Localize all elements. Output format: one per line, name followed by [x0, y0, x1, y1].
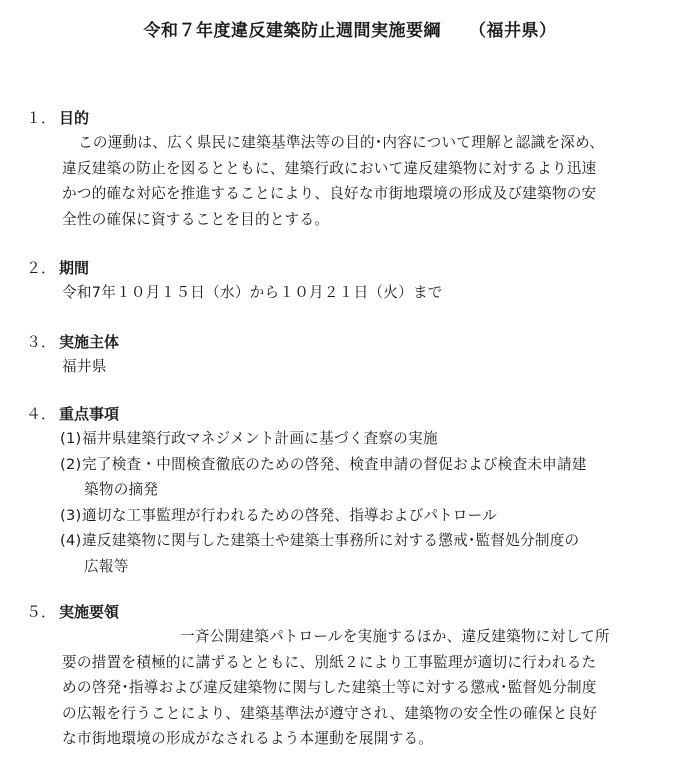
paragraph-line: 一斉公開建築パトロールを実施するほか、違反建築物に対して所 [62, 624, 692, 650]
section-title: 実施主体 [59, 333, 119, 351]
organizer-text: 福井県 [62, 354, 692, 380]
section-title: 実施要領 [59, 603, 119, 621]
paragraph-line: 要の措置を積極的に講ずるとともに、別紙２により工事監理が適切に行われるた [62, 650, 692, 676]
section-period: ２．期間 令和7年１０月１５日（水）から１０月２１日（火）まで [26, 256, 686, 306]
priority-list: (1)福井県建築行政マネジメント計画に基づく査察の実施 (2)完了検査・中間検査… [62, 426, 692, 579]
document-title: 令和７年度違反建築防止週間実施要綱（福井県） [0, 16, 700, 41]
priority-item: (4)違反建築物に関与した建築士や建築士事務所に対する懲戒･監督処分制度の [60, 528, 692, 554]
section-heading: ５．実施要領 [26, 600, 686, 624]
paragraph-line: 違反建築の防止を図るとともに、建築行政において違反建築物に対するより迅速 [62, 156, 692, 182]
section-priorities: ４．重点事項 (1)福井県建築行政マネジメント計画に基づく査察の実施 (2)完了… [26, 402, 686, 579]
item-marker: (3) [60, 503, 82, 529]
section-title: 期間 [59, 259, 89, 277]
section-heading: ３．実施主体 [26, 330, 686, 354]
section-number: ３． [26, 330, 59, 354]
section-purpose: １．目的 この運動は、広く県民に建築基準法等の目的･内容について理解と認識を深め… [26, 106, 686, 232]
section-body: 福井県 [62, 354, 692, 380]
item-marker: (2) [60, 452, 82, 478]
section-title: 目的 [59, 109, 89, 127]
paragraph-line: 全性の確保に資することを目的とする。 [62, 207, 692, 233]
title-text: 令和７年度違反建築防止週間実施要綱 [144, 21, 442, 41]
item-marker: (1) [60, 426, 82, 452]
section-procedure: ５．実施要領 一斉公開建築パトロールを実施するほか、違反建築物に対して所 要の措… [26, 600, 686, 752]
section-number: ２． [26, 256, 59, 280]
section-body: この運動は、広く県民に建築基準法等の目的･内容について理解と認識を深め、 違反建… [62, 130, 692, 232]
section-number: ４． [26, 402, 59, 426]
period-text: 令和7年１０月１５日（水）から１０月２１日（火）まで [62, 280, 692, 306]
item-text-continued: 築物の摘発 [62, 477, 692, 503]
section-number: ５． [26, 600, 59, 624]
section-heading: １．目的 [26, 106, 686, 130]
section-body: 令和7年１０月１５日（水）から１０月２１日（火）まで [62, 280, 692, 306]
item-text: 福井県建築行政マネジメント計画に基づく査察の実施 [82, 430, 438, 447]
paragraph-line: この運動は、広く県民に建築基準法等の目的･内容について理解と認識を深め、 [62, 130, 692, 156]
section-body: 一斉公開建築パトロールを実施するほか、違反建築物に対して所 要の措置を積極的に講… [62, 624, 692, 752]
priority-item: (2)完了検査・中間検査徹底のための啓発、検査申請の督促および検査未申請建 [60, 452, 692, 478]
priority-item: (3)適切な工事監理が行われるための啓発、指導およびパトロール [60, 503, 692, 529]
document-page: 令和７年度違反建築防止週間実施要綱（福井県） １．目的 この運動は、広く県民に建… [0, 0, 700, 771]
prefecture-tag: （福井県） [469, 21, 557, 41]
section-heading: ４．重点事項 [26, 402, 686, 426]
priority-item: (1)福井県建築行政マネジメント計画に基づく査察の実施 [60, 426, 692, 452]
section-organizer: ３．実施主体 福井県 [26, 330, 686, 380]
paragraph-line: の広報を行うことにより、建築基準法が遵守され、建築物の安全性の確保と良好 [62, 701, 692, 727]
paragraph-line: めの啓発･指導および違反建築物に関与した建築士等に対する懲戒･監督処分制度 [62, 675, 692, 701]
item-text: 違反建築物に関与した建築士や建築士事務所に対する懲戒･監督処分制度の [82, 532, 579, 549]
section-title: 重点事項 [59, 405, 119, 423]
item-text: 適切な工事監理が行われるための啓発、指導およびパトロール [82, 507, 497, 524]
section-heading: ２．期間 [26, 256, 686, 280]
item-marker: (4) [60, 528, 82, 554]
paragraph-line: な市街地環境の形成がなされるよう本運動を展開する。 [62, 726, 692, 752]
section-number: １． [26, 106, 59, 130]
item-text-continued: 広報等 [62, 554, 692, 580]
item-text: 完了検査・中間検査徹底のための啓発、検査申請の督促および検査未申請建 [82, 456, 587, 473]
paragraph-line: かつ的確な対応を推進することにより、良好な市街地環境の形成及び建築物の安 [62, 181, 692, 207]
